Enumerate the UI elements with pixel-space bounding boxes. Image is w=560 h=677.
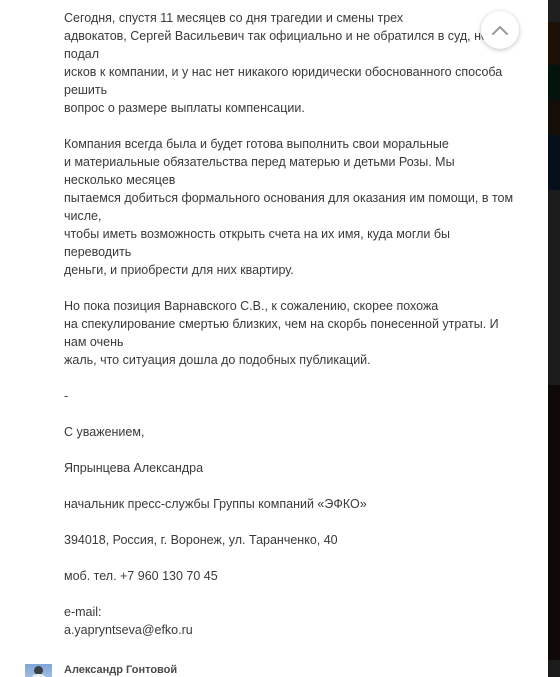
background-block: [548, 65, 560, 100]
signature-position: начальник пресс-службы Группы компаний «…: [64, 495, 524, 513]
background-block: [548, 100, 560, 135]
comment-author-name[interactable]: Александр Гонтовой: [64, 664, 177, 676]
background-block: [548, 660, 560, 677]
article-body: Сегодня, спустя 11 месяцев со дня трагед…: [64, 9, 524, 657]
background-block: [548, 190, 560, 385]
comment-author[interactable]: Александр Гонтовой: [25, 664, 177, 677]
separator-dash: -: [64, 387, 524, 405]
article-paragraph: Компания всегда была и будет готова выпо…: [64, 135, 524, 279]
article-paragraph: Сегодня, спустя 11 месяцев со дня трагед…: [64, 9, 524, 117]
signature-email[interactable]: a.yapryntseva@efko.ru: [64, 621, 524, 639]
chevron-up-icon: [491, 24, 509, 36]
background-block: [548, 22, 560, 65]
signature-email-label: e-mail:: [64, 603, 524, 621]
article-paragraph: Но пока позиция Варнавского С.В., к сожа…: [64, 297, 524, 369]
user-avatar[interactable]: [25, 664, 52, 677]
scroll-to-top-button[interactable]: [481, 11, 519, 49]
background-page: [548, 0, 560, 677]
signature-address: 394018, Россия, г. Воронеж, ул. Таранчен…: [64, 531, 524, 549]
signature-phone: моб. тел. +7 960 130 70 45: [64, 567, 524, 585]
signature-name: Япрынцева Александра: [64, 459, 524, 477]
article-panel: Сегодня, спустя 11 месяцев со дня трагед…: [0, 0, 548, 677]
background-block: [548, 135, 560, 190]
signature-greeting: С уважением,: [64, 423, 524, 441]
background-block: [548, 385, 560, 660]
